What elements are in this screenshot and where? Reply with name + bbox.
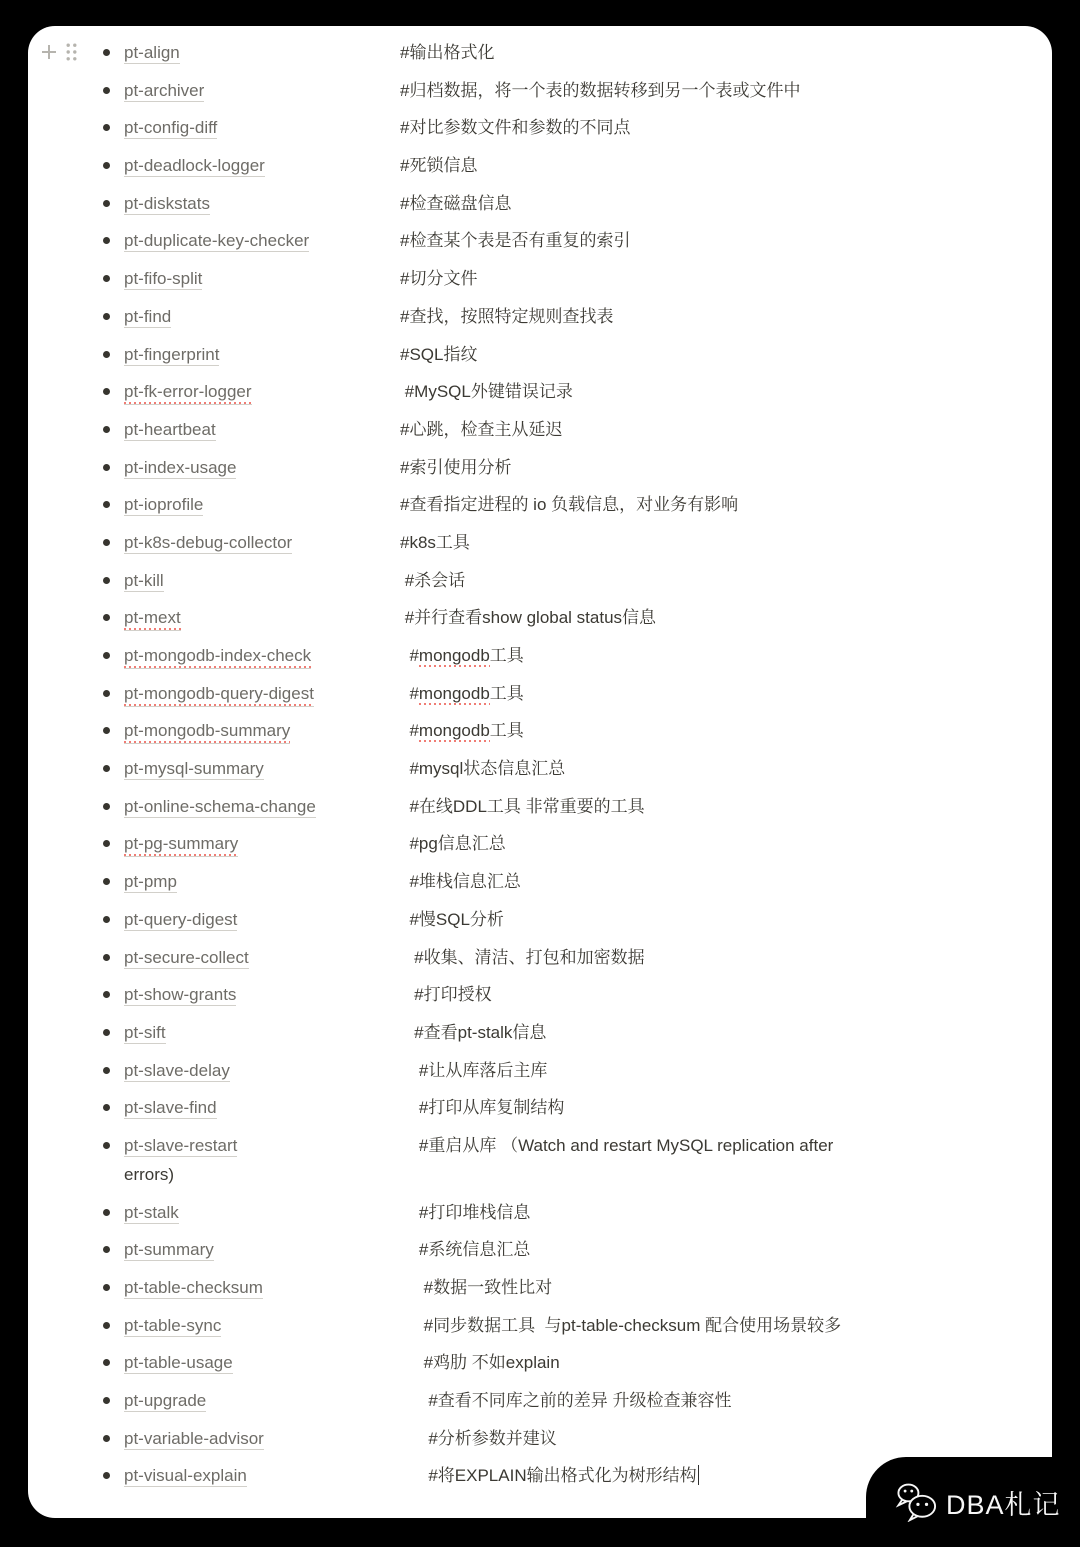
tool-name-text[interactable]: pt-mongodb-query-digest	[124, 684, 314, 707]
tool-name-text[interactable]: pt-visual-explain	[124, 1466, 247, 1487]
tool-name[interactable]: pt-fingerprint	[124, 340, 400, 369]
list-item: pt-deadlock-logger#死锁信息	[28, 151, 1052, 180]
tool-name-text[interactable]: pt-table-sync	[124, 1316, 221, 1337]
tool-name[interactable]: pt-deadlock-logger	[124, 151, 400, 180]
tool-desc: #检查磁盘信息	[400, 194, 511, 213]
bullet-icon	[103, 652, 110, 659]
tool-name[interactable]: pt-align	[124, 38, 400, 67]
tool-name-text[interactable]: pt-align	[124, 43, 180, 64]
tool-desc: #归档数据，将一个表的数据转移到另一个表或文件中	[400, 81, 800, 100]
tool-name[interactable]: pt-pmp	[124, 867, 400, 896]
tool-name-text[interactable]: pt-archiver	[124, 81, 204, 102]
tool-name-text[interactable]: pt-find	[124, 307, 171, 328]
bullet-icon	[103, 991, 110, 998]
tool-name[interactable]: pt-archiver	[124, 76, 400, 105]
tool-name-text[interactable]: pt-pmp	[124, 872, 177, 893]
bullet-icon	[103, 237, 110, 244]
tool-name[interactable]: pt-kill	[124, 566, 400, 595]
bullet-icon	[103, 1472, 110, 1479]
tool-name[interactable]: pt-mysql-summary	[124, 754, 400, 783]
tool-list: pt-align#输出格式化 pt-archiver#归档数据，将一个表的数据转…	[28, 38, 1052, 1499]
tool-name[interactable]: pt-show-grants	[124, 980, 400, 1009]
bullet-icon	[103, 1246, 110, 1253]
list-item: pt-table-sync #同步数据工具 与pt-table-checksum…	[28, 1311, 1052, 1340]
tool-name-text[interactable]: pt-slave-find	[124, 1098, 217, 1119]
list-item: pt-archiver#归档数据，将一个表的数据转移到另一个表或文件中	[28, 76, 1052, 105]
tool-name[interactable]: pt-mongodb-summary	[124, 716, 400, 745]
tool-desc: #输出格式化	[400, 43, 494, 62]
list-item: pt-variable-advisor #分析参数并建议	[28, 1424, 1052, 1453]
tool-name[interactable]: pt-index-usage	[124, 453, 400, 482]
tool-desc: #收集、清洁、打包和加密数据	[400, 948, 645, 967]
bullet-icon	[103, 1284, 110, 1291]
tool-desc: #pg信息汇总	[400, 834, 506, 853]
tool-desc: #MySQL外键错误记录	[400, 382, 573, 401]
tool-desc: #同步数据工具 与pt-table-checksum 配合使用场景较多	[400, 1316, 841, 1335]
list-item: pt-slave-restart #重启从库 （Watch and restar…	[28, 1131, 1052, 1189]
list-item: pt-align#输出格式化	[28, 38, 1052, 67]
tool-name-text[interactable]: pt-heartbeat	[124, 420, 216, 441]
watermark: DBA札记	[866, 1457, 1080, 1547]
list-item: pt-stalk #打印堆栈信息	[28, 1198, 1052, 1227]
bullet-icon	[103, 275, 110, 282]
list-item: pt-table-checksum #数据一致性比对	[28, 1273, 1052, 1302]
tool-name-text[interactable]: pt-upgrade	[124, 1391, 206, 1412]
tool-name-text[interactable]: pt-deadlock-logger	[124, 156, 265, 177]
list-item: pt-table-usage #鸡肋 不如explain	[28, 1348, 1052, 1377]
bullet-icon	[103, 501, 110, 508]
tool-desc: #鸡肋 不如explain	[400, 1353, 560, 1372]
list-item: pt-secure-collect #收集、清洁、打包和加密数据	[28, 943, 1052, 972]
bullet-icon	[103, 1104, 110, 1111]
misspelled-word: mongodb	[419, 721, 490, 742]
tool-name-text[interactable]: pt-table-checksum	[124, 1278, 263, 1299]
tool-desc: #并行查看show global status信息	[400, 608, 656, 627]
list-item: pt-mysql-summary #mysql状态信息汇总	[28, 754, 1052, 783]
bullet-icon	[103, 1359, 110, 1366]
bullet-icon	[103, 1142, 110, 1149]
tool-desc: #死锁信息	[400, 156, 477, 175]
bullet-icon	[103, 1209, 110, 1216]
tool-name-text[interactable]: pt-mext	[124, 608, 181, 631]
bullet-icon	[103, 426, 110, 433]
list-item: pt-mongodb-index-check #mongodb工具	[28, 641, 1052, 670]
tool-name-text[interactable]: pt-online-schema-change	[124, 797, 316, 818]
bullet-icon	[103, 1435, 110, 1442]
bullet-icon	[103, 1322, 110, 1329]
text-caret	[698, 1465, 700, 1485]
tool-name[interactable]: pt-mext	[124, 603, 400, 632]
tool-name-text[interactable]: pt-secure-collect	[124, 948, 249, 969]
tool-desc: #慢SQL分析	[400, 910, 504, 929]
list-item: pt-slave-delay #让从库落后主库	[28, 1056, 1052, 1085]
tool-name-text[interactable]: pt-sift	[124, 1023, 166, 1044]
tool-name-text[interactable]: pt-diskstats	[124, 194, 210, 215]
tool-name[interactable]: pt-fifo-split	[124, 264, 400, 293]
bullet-icon	[103, 388, 110, 395]
tool-name[interactable]: pt-secure-collect	[124, 943, 400, 972]
tool-desc: #SQL指纹	[400, 345, 477, 364]
bullet-icon	[103, 577, 110, 584]
list-item: pt-show-grants #打印授权	[28, 980, 1052, 1009]
tool-name[interactable]: pt-slave-restart	[124, 1131, 400, 1160]
tool-desc: #mongodb工具	[400, 721, 524, 742]
tool-name[interactable]: pt-mongodb-query-digest	[124, 679, 400, 708]
tool-desc: #检查某个表是否有重复的索引	[400, 231, 630, 250]
tool-name[interactable]: pt-upgrade	[124, 1386, 400, 1415]
tool-name-text[interactable]: pt-stalk	[124, 1203, 179, 1224]
bullet-icon	[103, 200, 110, 207]
list-item: pt-slave-find #打印从库复制结构	[28, 1093, 1052, 1122]
tool-name[interactable]: pt-slave-find	[124, 1093, 400, 1122]
tool-name-text[interactable]: pt-mysql-summary	[124, 759, 264, 780]
bullet-icon	[103, 803, 110, 810]
tool-name-text[interactable]: pt-slave-restart	[124, 1136, 237, 1157]
watermark-text: DBA札记	[946, 1483, 1061, 1522]
list-item: pt-ioprofile#查看指定进程的 io 负载信息，对业务有影响	[28, 490, 1052, 519]
bullet-icon	[103, 878, 110, 885]
list-item: pt-mongodb-query-digest #mongodb工具	[28, 679, 1052, 708]
tool-name-text[interactable]: pt-fk-error-logger	[124, 382, 252, 405]
tool-name[interactable]: pt-slave-delay	[124, 1056, 400, 1085]
tool-desc: #mysql状态信息汇总	[400, 759, 565, 778]
bullet-icon	[103, 1397, 110, 1404]
tool-desc: #打印从库复制结构	[400, 1098, 564, 1117]
list-item: pt-pg-summary #pg信息汇总	[28, 829, 1052, 858]
tool-name[interactable]: pt-table-checksum	[124, 1273, 400, 1302]
tool-name[interactable]: pt-pg-summary	[124, 829, 400, 858]
list-item: pt-fingerprint#SQL指纹	[28, 340, 1052, 369]
tool-name-text[interactable]: pt-query-digest	[124, 910, 237, 931]
tool-desc: #将EXPLAIN输出格式化为树形结构	[400, 1466, 699, 1485]
bullet-icon	[103, 727, 110, 734]
tool-desc: #对比参数文件和参数的不同点	[400, 118, 630, 137]
tool-desc: #查看指定进程的 io 负载信息，对业务有影响	[400, 495, 738, 514]
list-item: pt-heartbeat#心跳，检查主从延迟	[28, 415, 1052, 444]
tool-name-text[interactable]: pt-ioprofile	[124, 495, 203, 516]
page: pt-align#输出格式化 pt-archiver#归档数据，将一个表的数据转…	[28, 26, 1052, 1518]
tool-desc: #分析参数并建议	[400, 1429, 557, 1448]
list-item: pt-k8s-debug-collector#k8s工具	[28, 528, 1052, 557]
tool-name[interactable]: pt-find	[124, 302, 400, 331]
bullet-icon	[103, 162, 110, 169]
bullet-icon	[103, 916, 110, 923]
tool-name[interactable]: pt-config-diff	[124, 113, 400, 142]
list-item: pt-fk-error-logger #MySQL外键错误记录	[28, 377, 1052, 406]
tool-desc: #k8s工具	[400, 533, 470, 552]
bullet-icon	[103, 690, 110, 697]
tool-name[interactable]: pt-summary	[124, 1235, 400, 1264]
tool-name[interactable]: pt-variable-advisor	[124, 1424, 400, 1453]
list-item: pt-upgrade #查看不同库之前的差异 升级检查兼容性	[28, 1386, 1052, 1415]
tool-desc: #查看不同库之前的差异 升级检查兼容性	[400, 1391, 732, 1410]
bullet-icon	[103, 87, 110, 94]
bullet-icon	[103, 124, 110, 131]
tool-name-text[interactable]: pt-index-usage	[124, 458, 236, 479]
wechat-icon	[894, 1482, 940, 1522]
tool-desc: #查看pt-stalk信息	[400, 1023, 546, 1042]
tool-name-text[interactable]: pt-fifo-split	[124, 269, 202, 290]
tool-name[interactable]: pt-fk-error-logger	[124, 377, 400, 406]
list-item: pt-summary #系统信息汇总	[28, 1235, 1052, 1264]
tool-name-text[interactable]: pt-slave-delay	[124, 1061, 230, 1082]
bullet-icon	[103, 49, 110, 56]
bullet-icon	[103, 840, 110, 847]
tool-name[interactable]: pt-table-sync	[124, 1311, 400, 1340]
tool-name-text[interactable]: pt-variable-advisor	[124, 1429, 264, 1450]
tool-name[interactable]: pt-diskstats	[124, 189, 400, 218]
bullet-icon	[103, 313, 110, 320]
misspelled-word: mongodb	[419, 646, 490, 667]
tool-desc: #心跳，检查主从延迟	[400, 420, 562, 439]
list-item: pt-online-schema-change #在线DDL工具 非常重要的工具	[28, 792, 1052, 821]
tool-name[interactable]: pt-duplicate-key-checker	[124, 226, 400, 255]
tool-name[interactable]: pt-mongodb-index-check	[124, 641, 400, 670]
tool-name-text[interactable]: pt-show-grants	[124, 985, 236, 1006]
tool-name[interactable]: pt-sift	[124, 1018, 400, 1047]
tool-desc: #打印授权	[400, 985, 492, 1004]
list-item: pt-mext #并行查看show global status信息	[28, 603, 1052, 632]
bullet-icon	[103, 954, 110, 961]
tool-desc: #让从库落后主库	[400, 1061, 547, 1080]
tool-name-text[interactable]: pt-k8s-debug-collector	[124, 533, 292, 554]
tool-desc: #打印堆栈信息	[400, 1203, 530, 1222]
tool-name-text[interactable]: pt-pg-summary	[124, 834, 238, 857]
tool-desc: #堆栈信息汇总	[400, 872, 521, 891]
list-item: pt-index-usage#索引使用分析	[28, 453, 1052, 482]
tool-name[interactable]: pt-table-usage	[124, 1348, 400, 1377]
tool-desc: #系统信息汇总	[400, 1240, 530, 1259]
tool-name[interactable]: pt-ioprofile	[124, 490, 400, 519]
tool-desc: #杀会话	[400, 571, 465, 590]
tool-name[interactable]: pt-query-digest	[124, 905, 400, 934]
list-item: pt-diskstats#检查磁盘信息	[28, 189, 1052, 218]
tool-desc: #mongodb工具	[400, 646, 524, 667]
list-item: pt-pmp #堆栈信息汇总	[28, 867, 1052, 896]
tool-name-text[interactable]: pt-summary	[124, 1240, 214, 1261]
tool-name-text[interactable]: pt-mongodb-index-check	[124, 646, 311, 669]
tool-name-text[interactable]: pt-duplicate-key-checker	[124, 231, 309, 252]
bullet-icon	[103, 351, 110, 358]
tool-desc: #切分文件	[400, 269, 477, 288]
list-item: pt-fifo-split#切分文件	[28, 264, 1052, 293]
tool-name-text[interactable]: pt-config-diff	[124, 118, 217, 139]
tool-desc: #在线DDL工具 非常重要的工具	[400, 797, 645, 816]
tool-name[interactable]: pt-stalk	[124, 1198, 400, 1227]
tool-name-text[interactable]: pt-table-usage	[124, 1353, 233, 1374]
tool-name[interactable]: pt-heartbeat	[124, 415, 400, 444]
tool-name-text[interactable]: pt-kill	[124, 571, 164, 592]
list-item: pt-find#查找，按照特定规则查找表	[28, 302, 1052, 331]
tool-name[interactable]: pt-k8s-debug-collector	[124, 528, 400, 557]
tool-name[interactable]: pt-visual-explain	[124, 1461, 400, 1490]
tool-name[interactable]: pt-online-schema-change	[124, 792, 400, 821]
bullet-icon	[103, 1067, 110, 1074]
bullet-icon	[103, 539, 110, 546]
list-item: pt-duplicate-key-checker#检查某个表是否有重复的索引	[28, 226, 1052, 255]
tool-desc: #数据一致性比对	[400, 1278, 552, 1297]
tool-name-text[interactable]: pt-fingerprint	[124, 345, 219, 366]
bullet-icon	[103, 614, 110, 621]
list-item: pt-sift #查看pt-stalk信息	[28, 1018, 1052, 1047]
list-item: pt-query-digest #慢SQL分析	[28, 905, 1052, 934]
tool-name-text[interactable]: pt-mongodb-summary	[124, 721, 290, 744]
tool-desc: #查找，按照特定规则查找表	[400, 307, 613, 326]
bullet-icon	[103, 765, 110, 772]
tool-desc: #索引使用分析	[400, 458, 511, 477]
tool-desc: #mongodb工具	[400, 684, 524, 705]
misspelled-word: mongodb	[419, 684, 490, 705]
list-item: pt-kill #杀会话	[28, 566, 1052, 595]
bullet-icon	[103, 1029, 110, 1036]
bullet-icon	[103, 464, 110, 471]
list-item: pt-mongodb-summary #mongodb工具	[28, 716, 1052, 745]
list-item: pt-config-diff#对比参数文件和参数的不同点	[28, 113, 1052, 142]
